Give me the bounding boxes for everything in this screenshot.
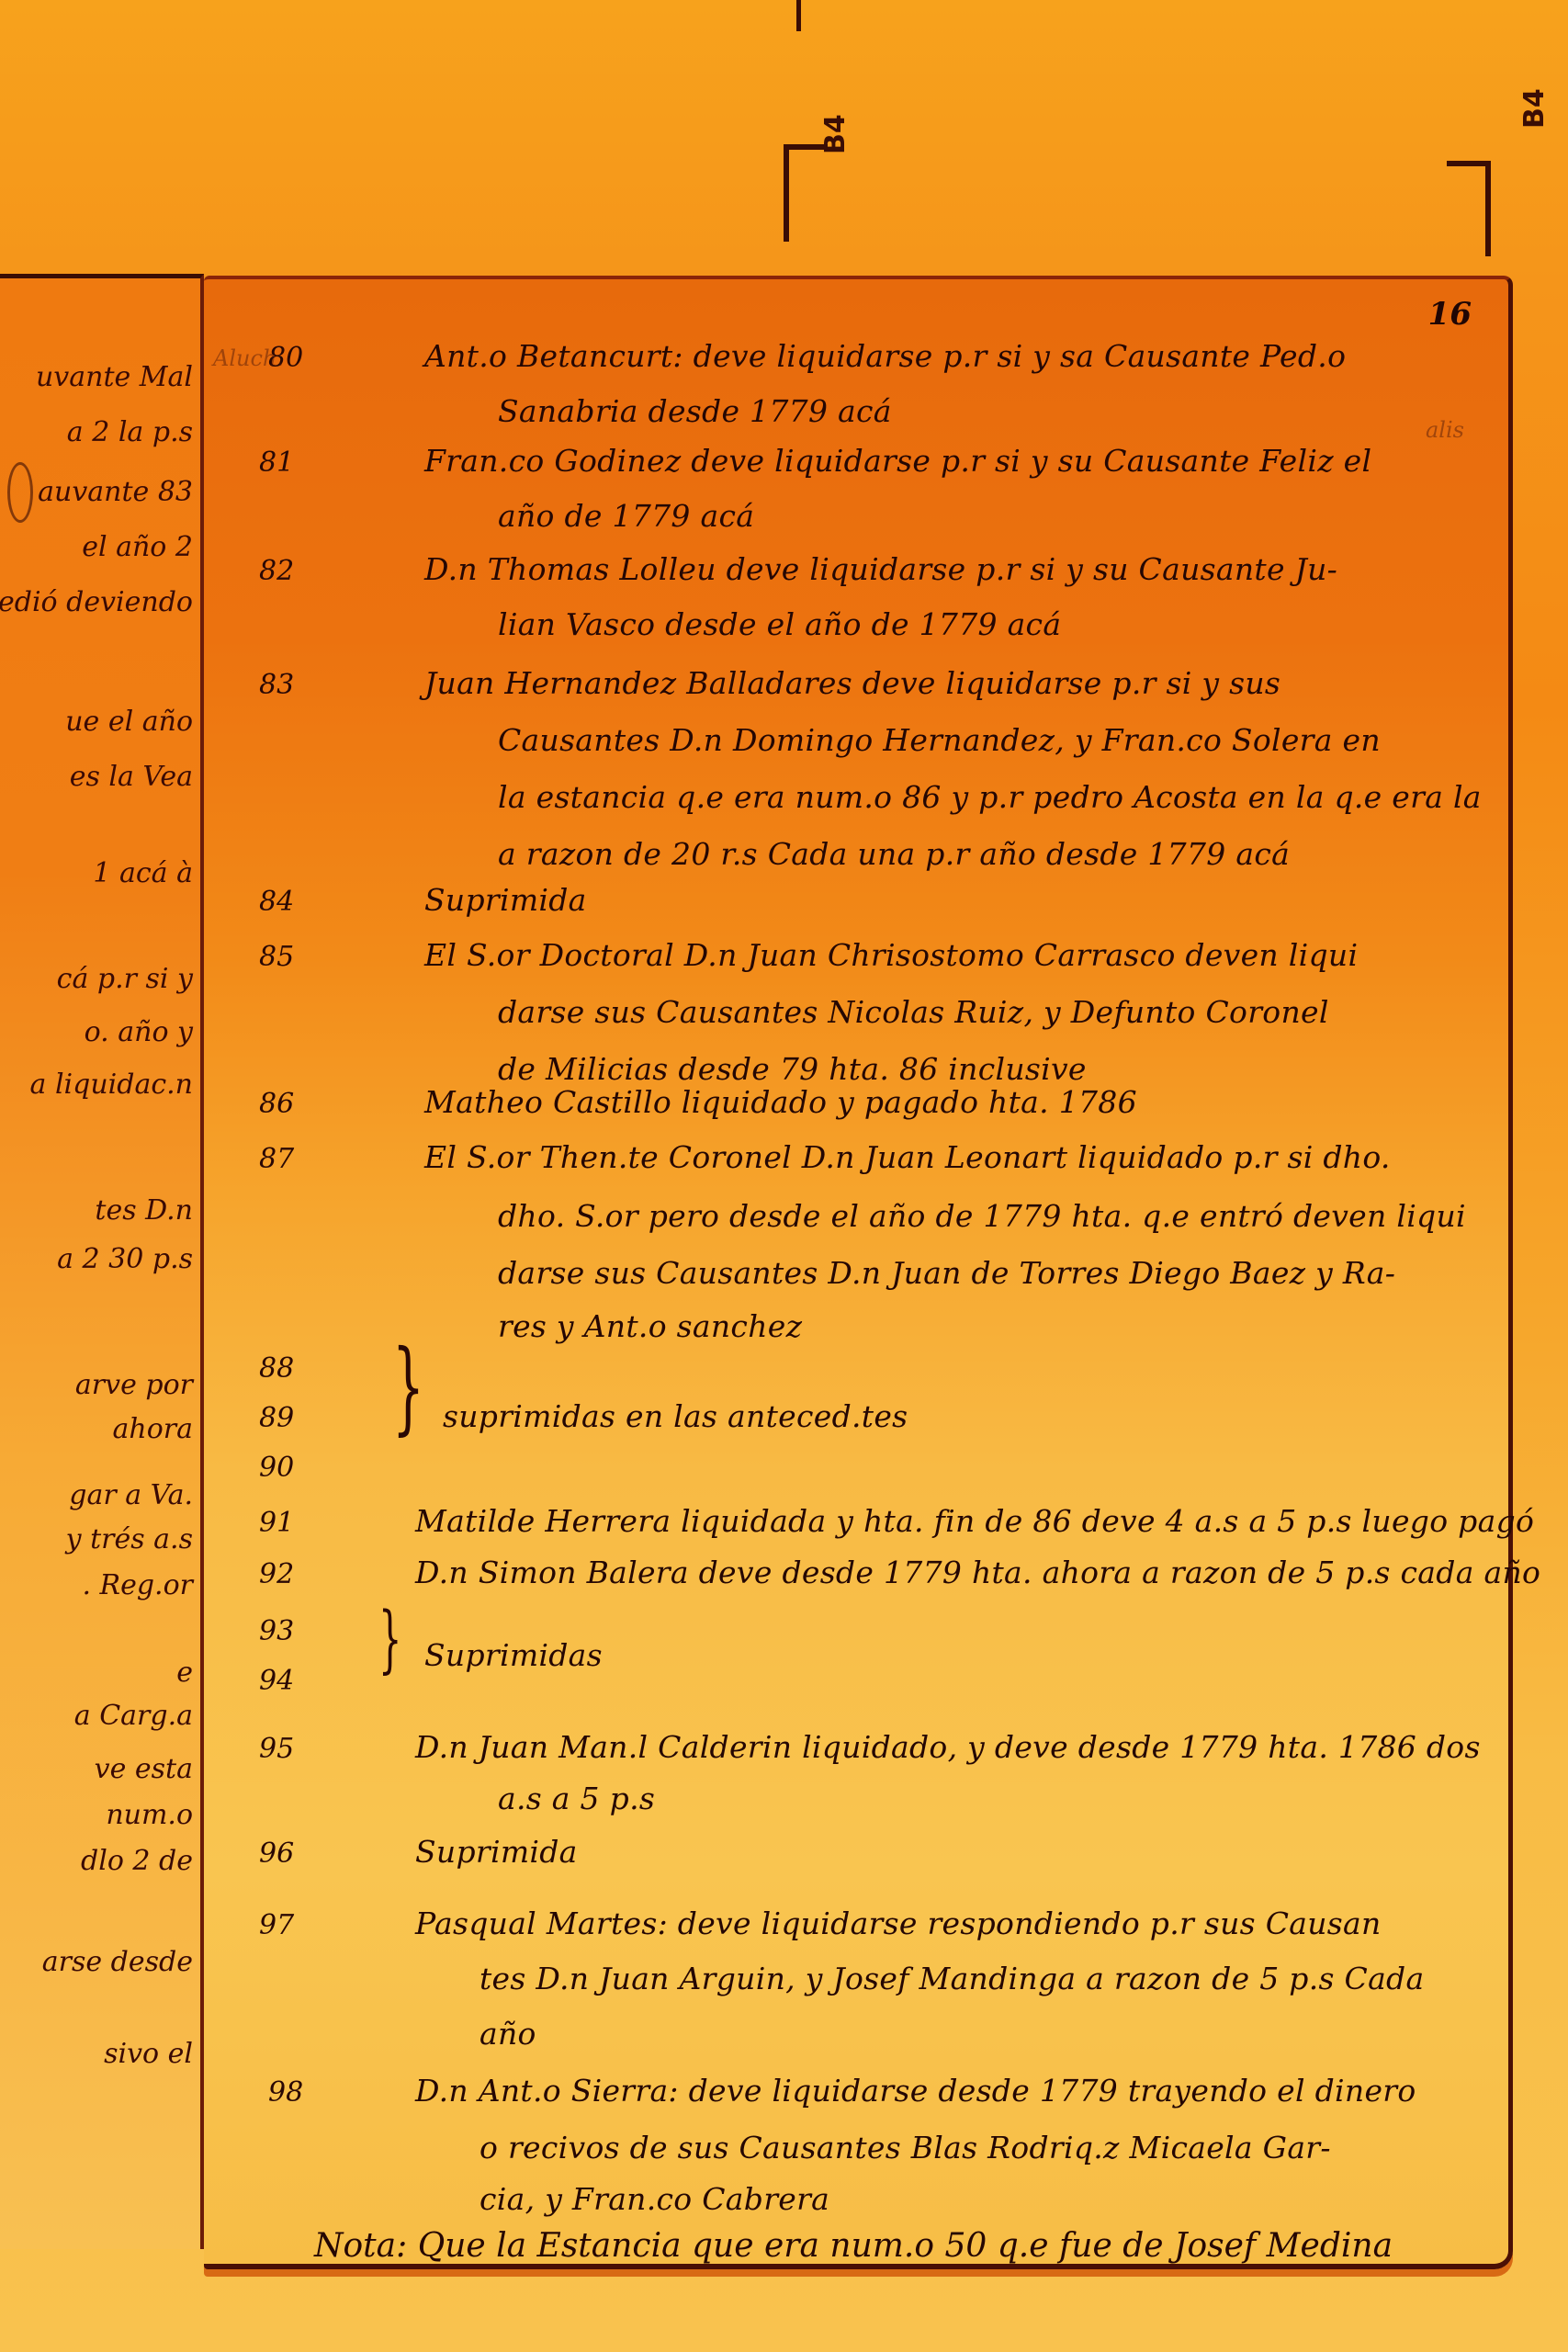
left-page-line: 1 acá à [93, 857, 193, 889]
entry-line: Matilde Herrera liquidada y hta. fin de … [415, 1503, 1534, 1539]
left-page-line: a 2 30 p.s [57, 1243, 193, 1275]
entry-number: 85 [259, 941, 294, 973]
left-page-line: ahora [113, 1413, 194, 1445]
entry-line: Suprimida [424, 882, 587, 918]
left-page-line: arse desde [42, 1946, 193, 1978]
left-page-line: es la Vea [70, 761, 193, 793]
entry-number: 91 [259, 1507, 294, 1539]
entry-number: 97 [259, 1909, 294, 1941]
margin-note: alis [1426, 417, 1464, 443]
entry-number: 86 [259, 1088, 294, 1120]
entry-line: Suprimidas [424, 1637, 603, 1673]
entry-line: cia, y Fran.co Cabrera [479, 2181, 829, 2217]
left-page-line: ve esta [95, 1753, 193, 1785]
left-page-line: tes D.n [95, 1194, 193, 1227]
entry-line: de Milicias desde 79 hta. 86 inclusive [498, 1051, 1087, 1087]
nota-footnote: Nota: Que la Estancia que era num.o 50 q… [314, 2227, 1393, 2265]
entry-line: darse sus Causantes Nicolas Ruiz, y Defu… [498, 994, 1329, 1030]
left-page-line: ue el año [65, 706, 193, 738]
left-page-line: e [176, 1657, 193, 1689]
crop-label-right: B4 [1518, 88, 1551, 129]
brace-icon: } [392, 1336, 424, 1437]
entry-line: Causantes D.n Domingo Hernandez, y Fran.… [498, 722, 1381, 758]
entry-line: lian Vasco desde el año de 1779 acá [498, 606, 1061, 642]
left-page-line: el año 2 [82, 531, 193, 563]
left-page-line: edió deviendo [0, 586, 193, 618]
entry-line: Juan Hernandez Balladares deve liquidars… [424, 665, 1280, 701]
left-page-line: a 2 la p.s [67, 416, 193, 448]
left-page-line: a Carg.a [74, 1700, 193, 1732]
entry-line: D.n Ant.o Sierra: deve liquidarse desde … [415, 2073, 1416, 2109]
entry-line: D.n Simon Balera deve desde 1779 hta. ah… [415, 1555, 1540, 1590]
crop-mark-left [784, 144, 828, 242]
entry-number: 83 [259, 669, 294, 701]
entry-number: 94 [259, 1665, 294, 1697]
entry-line: Fran.co Godinez deve liquidarse p.r si y… [424, 443, 1371, 479]
left-page-line: y trés a.s [66, 1523, 193, 1555]
left-page-line: sivo el [104, 2038, 193, 2070]
entry-number: 96 [259, 1837, 294, 1870]
crop-tick-top [796, 0, 801, 31]
entry-line: res y Ant.o sanchez [498, 1308, 802, 1344]
nota-label: Nota: [314, 2227, 407, 2265]
left-page-line: gar a Va. [69, 1479, 193, 1511]
left-page-line: cá p.r si y [57, 963, 193, 995]
entry-line: a razon de 20 r.s Cada una p.r año desde… [498, 836, 1290, 872]
entry-number: 88 [259, 1352, 294, 1385]
entry-number: 90 [259, 1452, 294, 1484]
entry-line: tes D.n Juan Arguin, y Josef Mandinga a … [479, 1961, 1424, 1996]
entry-number: 82 [259, 555, 294, 587]
entry-line: El S.or Then.te Coronel D.n Juan Leonart… [424, 1139, 1391, 1175]
entry-number: 89 [259, 1402, 294, 1434]
entry-line: año de 1779 acá [498, 498, 754, 534]
folio-number: 16 [1428, 296, 1472, 333]
left-page-line: uvante Mal [36, 361, 193, 393]
left-page-line: o. año y [85, 1016, 193, 1048]
entry-line: D.n Thomas Lolleu deve liquidarse p.r si… [424, 551, 1337, 587]
left-page-line: a liquidac.n [30, 1069, 193, 1101]
entry-line: Pasqual Martes: deve liquidarse respondi… [415, 1905, 1382, 1941]
entry-line: Suprimida [415, 1834, 578, 1870]
entry-line: la estancia q.e era num.o 86 y p.r pedro… [498, 779, 1482, 815]
entry-number: 84 [259, 886, 294, 918]
nota-text: Que la Estancia que era num.o 50 q.e fue… [418, 2227, 1393, 2265]
entry-line: D.n Juan Man.l Calderin liquidado, y dev… [415, 1729, 1481, 1765]
entry-number: 87 [259, 1143, 294, 1175]
entry-number: 92 [259, 1558, 294, 1590]
entry-number: 98 [268, 2076, 303, 2109]
ink-smudge [7, 462, 33, 523]
crop-label-left: B4 [819, 114, 852, 154]
entry-line: a.s a 5 p.s [498, 1781, 655, 1816]
entry-line: año [479, 2016, 536, 2052]
entry-number: 93 [259, 1615, 294, 1647]
entry-line: suprimidas en las anteced.tes [443, 1398, 908, 1434]
entry-line: Sanabria desde 1779 acá [498, 393, 892, 429]
left-page-line: num.o [106, 1799, 193, 1831]
entry-line: darse sus Causantes D.n Juan de Torres D… [498, 1255, 1395, 1291]
entry-line: Ant.o Betancurt: deve liquidarse p.r si … [424, 338, 1346, 374]
left-page-line: . Reg.or [82, 1569, 193, 1601]
margin-note: Aluch. [213, 345, 284, 371]
entry-line: El S.or Doctoral D.n Juan Chrisostomo Ca… [424, 937, 1358, 973]
entry-line: dho. S.or pero desde el año de 1779 hta.… [498, 1198, 1466, 1234]
left-page-line: dlo 2 de [81, 1845, 193, 1877]
brace-icon: } [378, 1602, 401, 1676]
left-page-line: arve por [75, 1369, 193, 1401]
left-page-fragment: uvante Mal a 2 la p.s auvante 83 el año … [0, 274, 204, 2249]
entry-line: Matheo Castillo liquidado y pagado hta. … [424, 1084, 1137, 1120]
entry-number: 95 [259, 1733, 294, 1765]
crop-mark-right [1447, 161, 1491, 256]
entry-number: 81 [259, 447, 294, 479]
manuscript-page: 16 80 Aluch. Ant.o Betancurt: deve liqui… [204, 276, 1513, 2269]
entry-line: o recivos de sus Causantes Blas Rodriq.z… [479, 2130, 1331, 2165]
left-page-line: auvante 83 [38, 476, 193, 508]
